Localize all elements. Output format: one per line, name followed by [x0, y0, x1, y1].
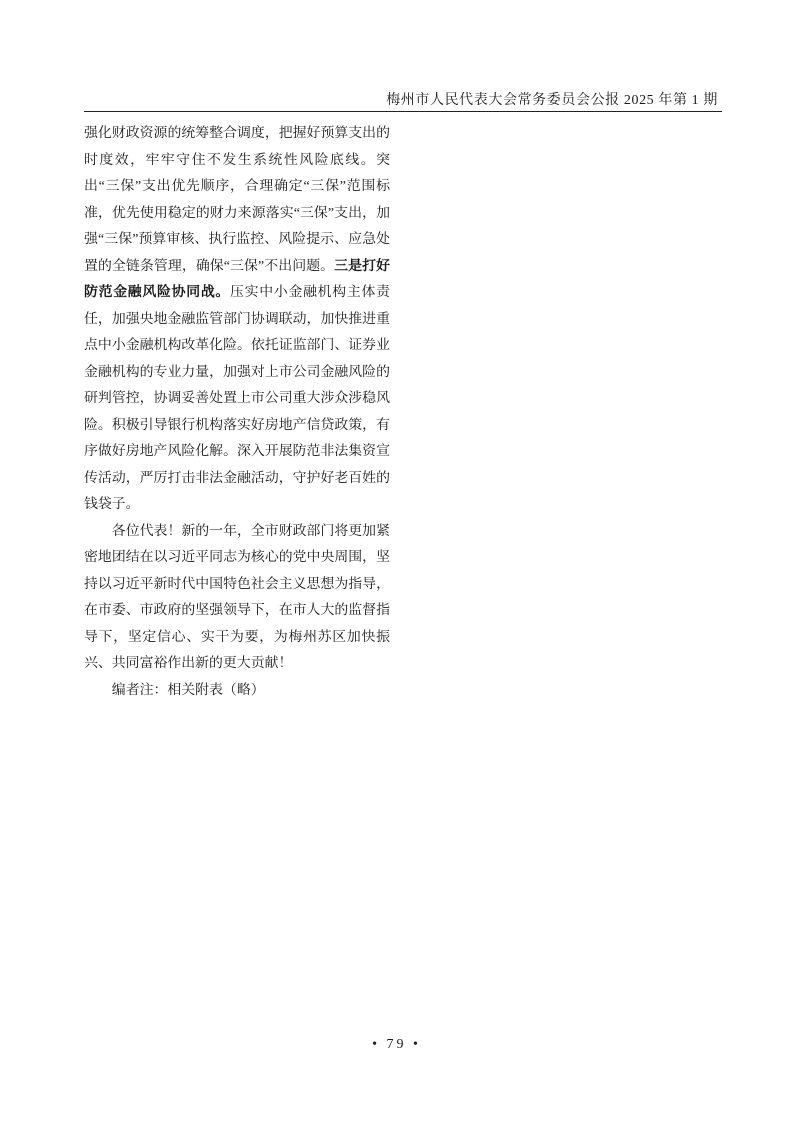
- paragraph-text-lead: 强化财政资源的统筹整合调度，把握好预算支出的时度效，牢牢守住不发生系统性风险底线…: [84, 126, 390, 274]
- paragraph-continuation: 强化财政资源的统筹整合调度，把握好预算支出的时度效，牢牢守住不发生系统性风险底线…: [84, 121, 390, 519]
- paragraph-closing: 各位代表！新的一年，全市财政部门将更加紧密地团结在以习近平同志为核心的党中央周围…: [84, 519, 390, 678]
- paragraph-text-rest: 压实中小金融机构主体责任，加强央地金融监管部门协调联动，加快推进重点中小金融机构…: [84, 285, 390, 512]
- article-column: 强化财政资源的统筹整合调度，把握好预算支出的时度效，牢牢守住不发生系统性风险底线…: [84, 121, 390, 704]
- editor-note: 编者注：相关附表（略）: [84, 678, 390, 705]
- document-page: 梅州市人民代表大会常务委员会公报 2025 年第 1 期 强化财政资源的统筹整合…: [0, 0, 793, 1122]
- page-header-title: 梅州市人民代表大会常务委员会公报 2025 年第 1 期: [84, 89, 718, 109]
- header-rule: [84, 111, 722, 112]
- page-number: • 79 •: [0, 1037, 793, 1053]
